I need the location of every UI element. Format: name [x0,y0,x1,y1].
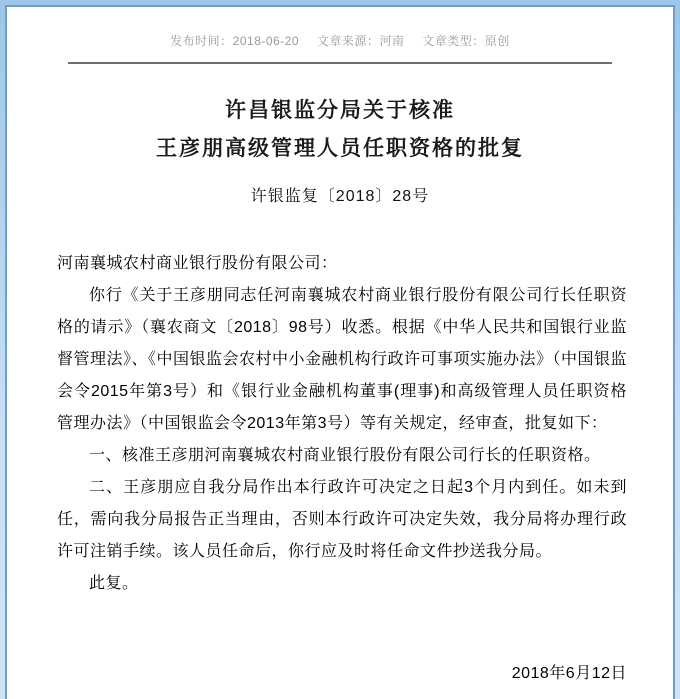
article-type-value: 原创 [485,34,510,48]
document-title-line1: 许昌银监分局关于核准 [7,91,673,129]
article-source-label: 文章来源： [317,34,380,48]
body-paragraph: 二、王彦朋应自我分局作出本行政许可决定之日起3个月内到任。如未到任，需向我分局报… [57,472,627,568]
body-paragraph: 你行《关于王彦朋同志任河南襄城农村商业银行股份有限公司行长任职资格的请示》（襄农… [57,280,627,440]
document-date: 2018年6月12日 [7,660,673,683]
document-title: 许昌银监分局关于核准 王彦朋高级管理人员任职资格的批复 [7,91,673,167]
salutation: 河南襄城农村商业银行股份有限公司： [57,248,627,280]
document-body: 河南襄城农村商业银行股份有限公司： 你行《关于王彦朋同志任河南襄城农村商业银行股… [7,248,673,600]
publish-time-label: 发布时间： [170,34,233,48]
body-paragraph: 一、核准王彦朋河南襄城农村商业银行股份有限公司行长的任职资格。 [57,440,627,472]
article-meta: 发布时间：2018-06-20 文章来源：河南 文章类型：原创 [7,32,673,49]
article-page: 发布时间：2018-06-20 文章来源：河南 文章类型：原创 许昌银监分局关于… [5,5,675,699]
publish-time: 发布时间：2018-06-20 [170,32,299,49]
publish-time-value: 2018-06-20 [233,34,299,48]
page-frame: 发布时间：2018-06-20 文章来源：河南 文章类型：原创 许昌银监分局关于… [0,0,680,699]
article-type-label: 文章类型： [422,34,485,48]
article-source: 文章来源：河南 [317,32,405,49]
article-type: 文章类型：原创 [422,32,510,49]
closing-phrase: 此复。 [57,568,627,600]
document-title-line2: 王彦朋高级管理人员任职资格的批复 [7,129,673,167]
document-number: 许银监复〔2018〕28号 [7,183,673,206]
article-source-value: 河南 [379,34,404,48]
header-divider [68,62,612,64]
